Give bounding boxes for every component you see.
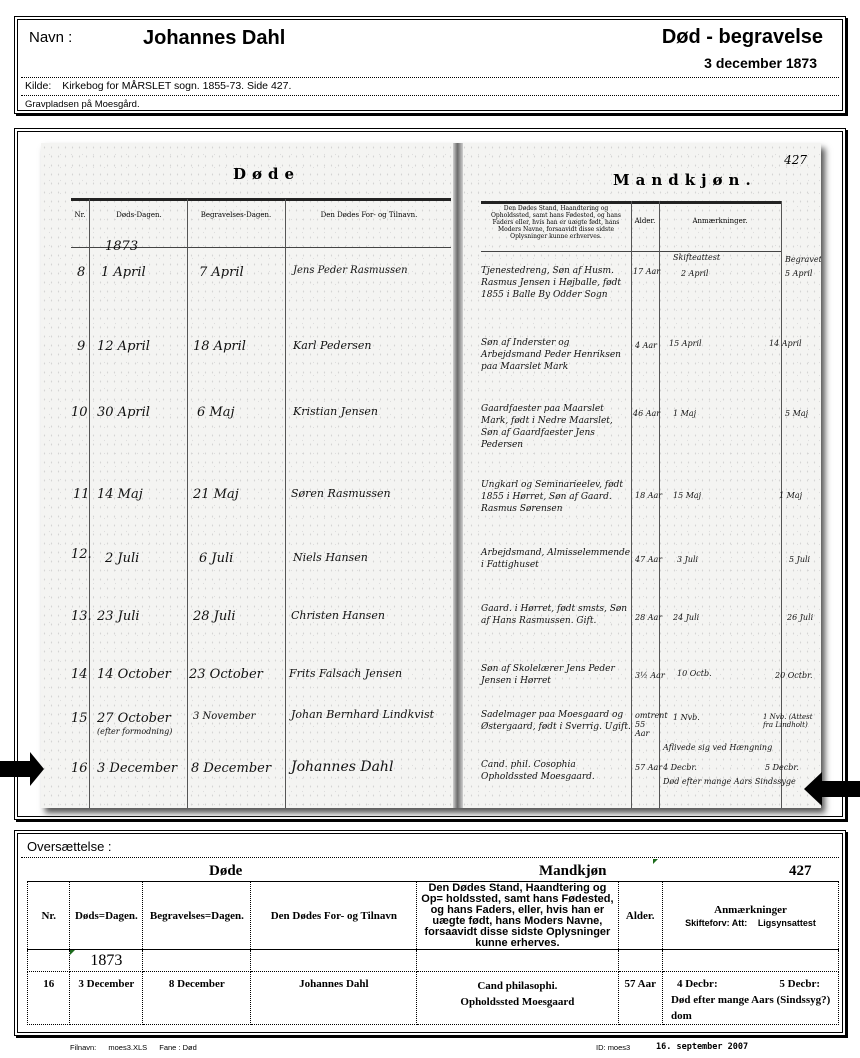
person-name: Johannes Dahl (143, 27, 285, 50)
scan-row-death-note: (efter formodning) (97, 727, 172, 736)
scan-row-death: 1 April (101, 265, 146, 280)
scan-row-nr: 15 (71, 711, 88, 726)
footer-id: ID: moes3 (596, 1043, 630, 1052)
burial-place-note: Gravpladsen på Moesgård. (25, 99, 140, 110)
col-remarks-subheads: Skifteforv: Att: Ligsynsattest (665, 918, 836, 928)
year-cell-empty (662, 950, 838, 972)
divider (21, 95, 839, 96)
scan-row-remark1: 10 Octb. (677, 669, 712, 678)
divider (21, 857, 839, 858)
table-header-row: Nr. Døds=Dagen. Begravelses=Dagen. Den D… (28, 882, 839, 950)
source-label: Kilde: (25, 80, 51, 92)
entry-name: Johannes Dahl (251, 972, 417, 1025)
col-remarks-title: Anmærkninger (714, 904, 787, 916)
scan-row-stand: Cand. phil. Cosophia Opholdssted Moesgaa… (481, 759, 631, 783)
scan-row-death: 14 Maj (97, 487, 143, 502)
scan-row-remark2: 5 Decbr. (765, 763, 799, 772)
col-rule (285, 199, 286, 808)
scan-left-title: Døde (233, 165, 300, 183)
book-spine (453, 143, 463, 808)
scan-row-stand: Gaardfaester paa Maarslet Mark, født i N… (481, 403, 631, 451)
scan-row-name: Frits Falsach Jensen (289, 667, 402, 680)
scan-row-name: Kristian Jensen (293, 405, 378, 418)
scan-row-age: 18 Aar (635, 491, 662, 500)
scan-row-burial: 3 November (193, 711, 255, 722)
translation-panel: Oversættelse : Døde Mandkjøn 427 Nr. Død… (14, 830, 846, 1036)
col-name: Den Dødes For- og Tilnavn (251, 882, 417, 950)
scan-col-name: Den Dødes For- og Tilnavn. (289, 211, 449, 219)
church-book-scan: Døde Mandkjøn. 427 Nr. Døds-Dagen. Begra… (41, 143, 821, 808)
scan-row-death: 3 December (97, 761, 177, 776)
scan-row-burial: 28 Juli (193, 609, 236, 624)
scan-row-remark2: 5 Juli (789, 555, 810, 564)
divider (21, 77, 839, 78)
scan-row-remark-extra: Død efter mange Aars Sindssyge (663, 777, 796, 786)
scan-row-age: 46 Aar (633, 409, 660, 418)
scan-row-nr: 10 (71, 405, 88, 420)
scan-row-age: omtrent 55 Aar (635, 711, 659, 738)
scan-row-remark1: 4 Decbr. (663, 763, 697, 772)
arrow-right-icon (0, 752, 44, 786)
scan-row-burial: 21 Maj (193, 487, 239, 502)
footer-filename: moes3.XLS (108, 1043, 147, 1052)
scan-col-burial: Begravelses-Dagen. (189, 211, 283, 219)
cell-comment-marker (653, 859, 658, 864)
scan-page-number: 427 (784, 153, 807, 167)
source-line: Kilde: Kirkebog for MÅRSLET sogn. 1855-7… (25, 80, 291, 92)
event-type: Død - begravelse (662, 26, 823, 49)
scan-row-name: Karl Pedersen (293, 339, 372, 352)
col-rule (631, 201, 632, 808)
scan-col-age: Alder. (631, 217, 659, 225)
scan-row-name: Johan Bernhard Lindkvist (291, 709, 441, 721)
entry-stand: Cand philasophi. Opholdssted Moesgaard (417, 972, 618, 1025)
scan-row-burial: 7 April (199, 265, 244, 280)
scan-row-nr: 8 (77, 265, 85, 280)
col-remarks-sub2: Ligsynsattest (758, 918, 816, 928)
scan-row-remark1: 2 April (681, 269, 708, 278)
scan-row-remark2: 1 Maj (779, 491, 802, 500)
scan-row-burial: 18 April (193, 339, 246, 354)
scan-row-death: 30 April (97, 405, 150, 420)
scan-row-name: Søren Rasmussen (291, 487, 391, 500)
col-remarks: Anmærkninger Skifteforv: Att: Ligsynsatt… (662, 882, 838, 950)
scan-row-name: Christen Hansen (291, 609, 385, 622)
scan-row-stand: Tjenestedreng, Søn af Husm. Rasmus Jense… (481, 265, 631, 301)
entry-stand-line2: Opholdssted Moesgaard (419, 994, 615, 1010)
entry-remark-date2: 5 Decbr: (779, 978, 820, 990)
scan-row-stand: Ungkarl og Seminarieelev, født 1855 i Hø… (481, 479, 631, 515)
arrow-left-icon (804, 772, 860, 806)
col-nr: Nr. (28, 882, 70, 950)
scan-row-name: Jens Peder Rasmussen (293, 265, 408, 276)
col-stand: Den Dødes Stand, Haandtering og Op= hold… (417, 882, 618, 950)
entry-age: 57 Aar (618, 972, 662, 1025)
scan-row-age: 17 Aar (633, 267, 660, 276)
year-cell: 1873 (70, 950, 143, 972)
footer-sheet: Fane : Død (159, 1043, 197, 1052)
scan-row-age: 3½ Aar (635, 671, 665, 680)
event-date: 3 december 1873 (704, 55, 817, 71)
table-row: 16 3 December 8 December Johannes Dahl C… (28, 972, 839, 1025)
scan-row-age: 47 Aar (635, 555, 662, 564)
scan-row-death: 23 Juli (97, 609, 140, 624)
scan-year: 1873 (105, 239, 138, 254)
col-burial-day: Begravelses=Dagen. (143, 882, 251, 950)
scan-row-age: 4 Aar (635, 341, 657, 350)
col-death-day: Døds=Dagen. (70, 882, 143, 950)
scan-row-remark-extra: Aflivede sig ved Hængning (663, 743, 772, 752)
translation-label: Oversættelse : (27, 839, 112, 854)
scan-row-burial: 6 Maj (197, 405, 235, 420)
scan-row-name: Johannes Dahl (291, 759, 393, 775)
entry-death-day: 3 December (70, 972, 143, 1025)
scan-col-death: Døds-Dagen. (93, 211, 185, 219)
entry-remark-dates: 4 Decbr: 5 Decbr: (665, 978, 836, 992)
scan-row-remark2: 5 April (785, 269, 812, 278)
translation-left-title: Døde (209, 863, 242, 880)
year-row: 1873 (28, 950, 839, 972)
scan-col-nr: Nr. (71, 211, 89, 219)
scan-row-remark1: 24 Juli (673, 613, 699, 622)
translation-table: Nr. Døds=Dagen. Begravelses=Dagen. Den D… (27, 881, 839, 1025)
footer-id-label: ID: (596, 1043, 606, 1052)
scan-row-remark1: 15 April (669, 339, 702, 348)
scan-row-remark2: 1 Nvb. (Attest fra Lindholt) (763, 713, 821, 729)
scan-row-stand: Arbejdsmand, Almisselemmende i Fattighus… (481, 547, 631, 571)
scan-row-remark1: 3 Juli (677, 555, 698, 564)
translation-right-title: Mandkjøn (539, 863, 607, 880)
scan-row-stand: Gaard. i Hørret, født smsts, Søn af Hans… (481, 603, 631, 627)
footer-file-info: Filnavn: moes3.XLS Fane : Død (70, 1043, 207, 1052)
year-cell-empty (618, 950, 662, 972)
scan-row-age: 57 Aar (635, 763, 662, 772)
scan-row-nr: 13. (71, 609, 92, 624)
scan-remark-sub2: Begravet (785, 255, 821, 264)
scan-row-stand: Søn af Inderster og Arbejdsmand Peder He… (481, 337, 631, 373)
footer-id-value: moes3 (608, 1043, 631, 1052)
scan-row-stand: Søn af Skolelærer Jens Peder Jensen i Hø… (481, 663, 631, 687)
scan-row-death: 14 October (97, 667, 171, 682)
col-age: Alder. (618, 882, 662, 950)
entry-remarks: 4 Decbr: 5 Decbr: Død efter mange Aars (… (662, 972, 838, 1025)
scan-row-burial: 8 December (191, 761, 271, 776)
col-remarks-sub1: Skifteforv: Att: (685, 918, 747, 928)
scan-row-nr: 12. (71, 547, 92, 562)
scan-row-name: Niels Hansen (293, 551, 368, 564)
scan-right-title: Mandkjøn. (613, 171, 757, 189)
scan-row-remark2: 20 Octbr. (775, 671, 813, 680)
scan-row-remark2: 5 Maj (785, 409, 808, 418)
entry-burial-day: 8 December (143, 972, 251, 1025)
entry-stand-line1: Cand philasophi. (419, 978, 615, 994)
year-cell-empty (28, 950, 70, 972)
scan-row-remark1: 1 Nvb. (673, 713, 700, 722)
entry-remark-date1: 4 Decbr: (677, 978, 718, 990)
entry-nr: 16 (28, 972, 70, 1025)
scan-frame: Døde Mandkjøn. 427 Nr. Døds-Dagen. Begra… (14, 128, 846, 820)
scan-remark-sub1: Skifteattest (673, 253, 720, 262)
source-value: Kirkebog for MÅRSLET sogn. 1855-73. Side… (62, 80, 291, 92)
col-rule (187, 199, 188, 808)
scan-row-nr: 14 (71, 667, 88, 682)
entry-remark-text: Død efter mange Aars (Sindssyg?) dom (665, 992, 836, 1024)
scan-row-remark1: 15 Maj (673, 491, 701, 500)
rule (71, 198, 451, 201)
scan-row-death: 2 Juli (105, 551, 139, 566)
footer-filename-label: Filnavn: (70, 1043, 96, 1052)
year-cell-empty (143, 950, 251, 972)
year-cell-empty (417, 950, 618, 972)
cell-comment-marker (70, 950, 75, 955)
scan-row-burial: 23 October (189, 667, 263, 682)
scan-row-remark2: 26 Juli (787, 613, 813, 622)
year-cell-empty (251, 950, 417, 972)
scan-row-stand: Sadelmager paa Moesgaard og Østergaard, … (481, 709, 631, 733)
scan-row-death: 12 April (97, 339, 150, 354)
scan-col-stand: Den Dødes Stand, Haandtering og Opholdss… (483, 205, 629, 240)
scan-col-remarks: Anmærkninger. (661, 217, 779, 225)
footer-date: 16. september 2007 (656, 1042, 748, 1052)
scan-row-nr-highlighted: 16 (71, 761, 88, 776)
scan-row-death: 27 October (97, 711, 171, 726)
year-value: 1873 (90, 952, 122, 969)
translation-page-number: 427 (789, 863, 812, 880)
scan-row-remark2: 14 April (769, 339, 802, 348)
record-header: Navn : Johannes Dahl Død - begravelse 3 … (14, 16, 846, 114)
scan-row-nr: 9 (77, 339, 85, 354)
scan-row-burial: 6 Juli (199, 551, 233, 566)
col-rule (89, 199, 90, 808)
scan-row-remark1: 1 Maj (673, 409, 696, 418)
scan-row-age: 28 Aar (635, 613, 662, 622)
scan-row-nr: 11 (73, 487, 90, 502)
name-label: Navn : (29, 29, 72, 46)
